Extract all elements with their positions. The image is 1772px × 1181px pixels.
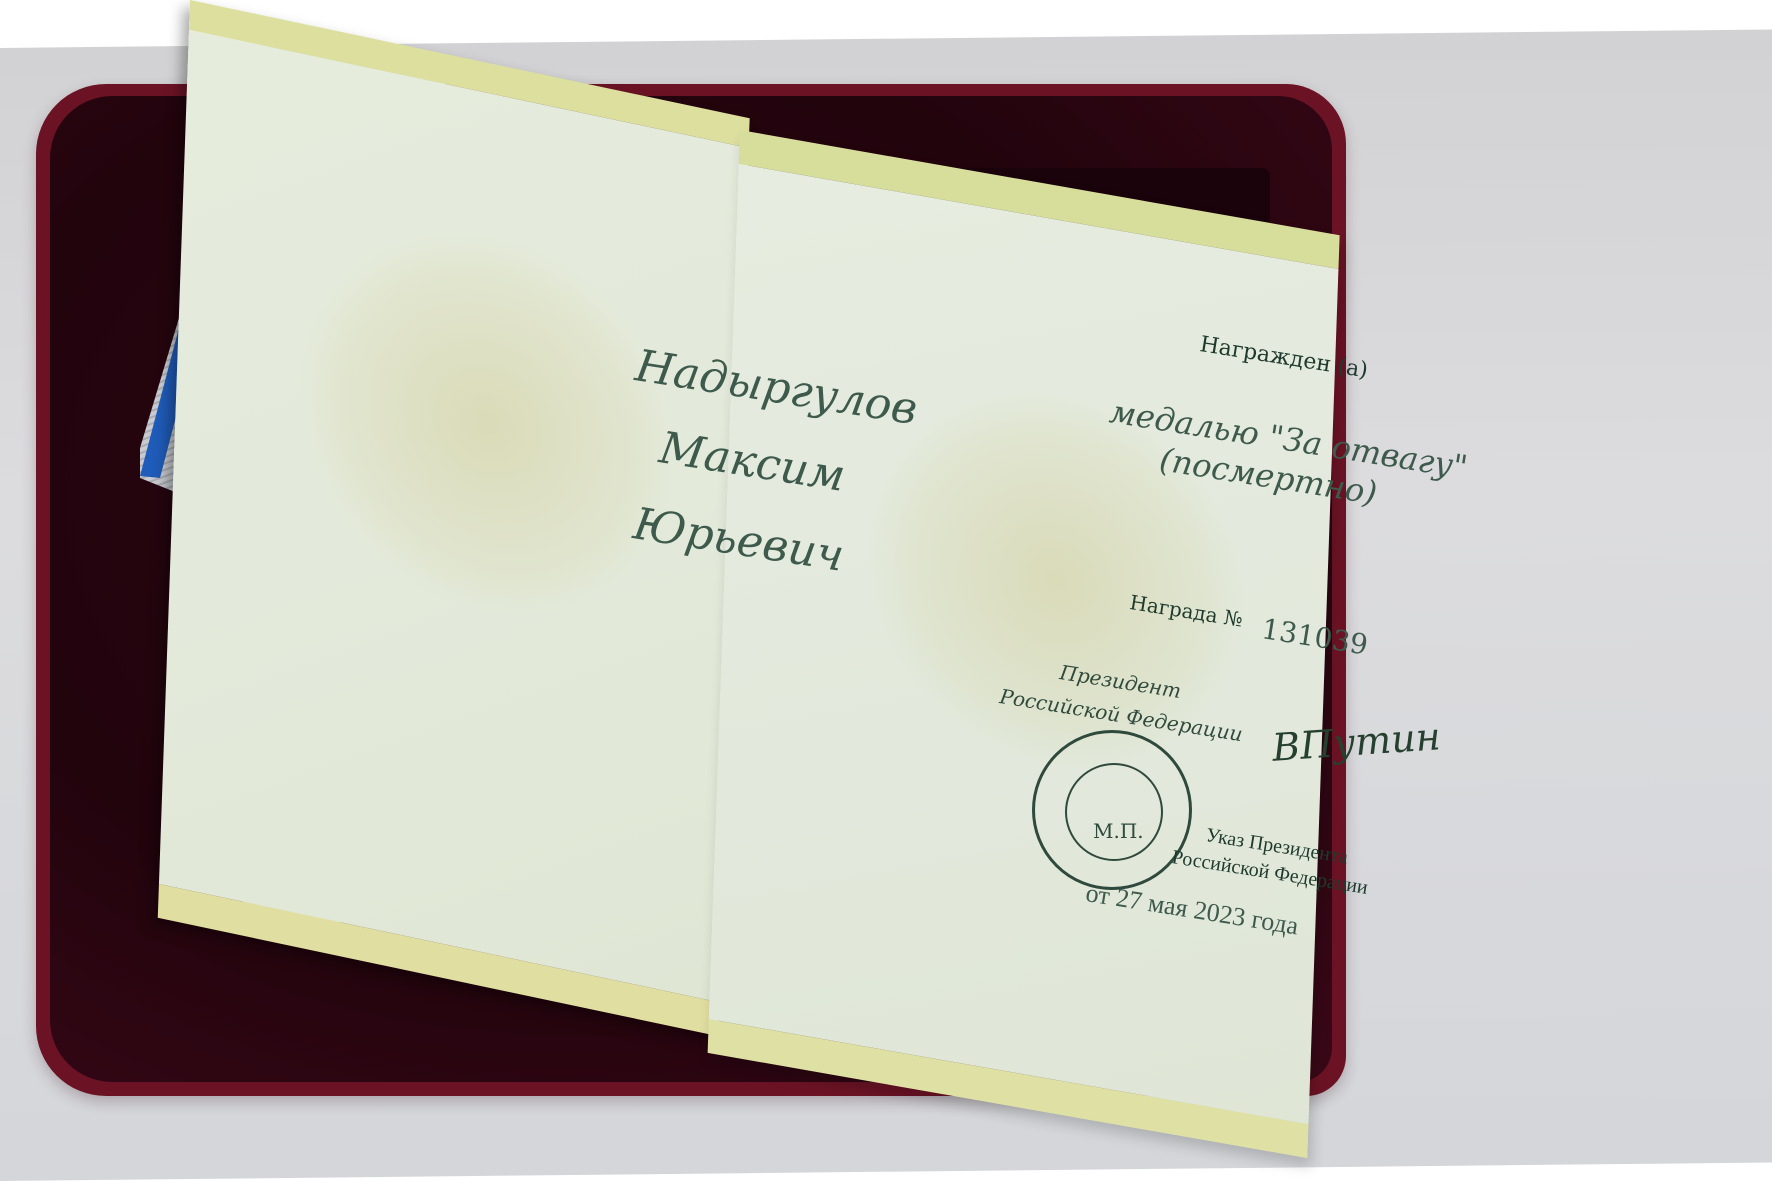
official-seal-stamp: М.П. [1032,730,1192,890]
coat-of-arms-watermark-icon [291,194,684,652]
certificate-right-page [708,130,1340,1158]
seal-center-text: М.П. [1093,819,1144,843]
